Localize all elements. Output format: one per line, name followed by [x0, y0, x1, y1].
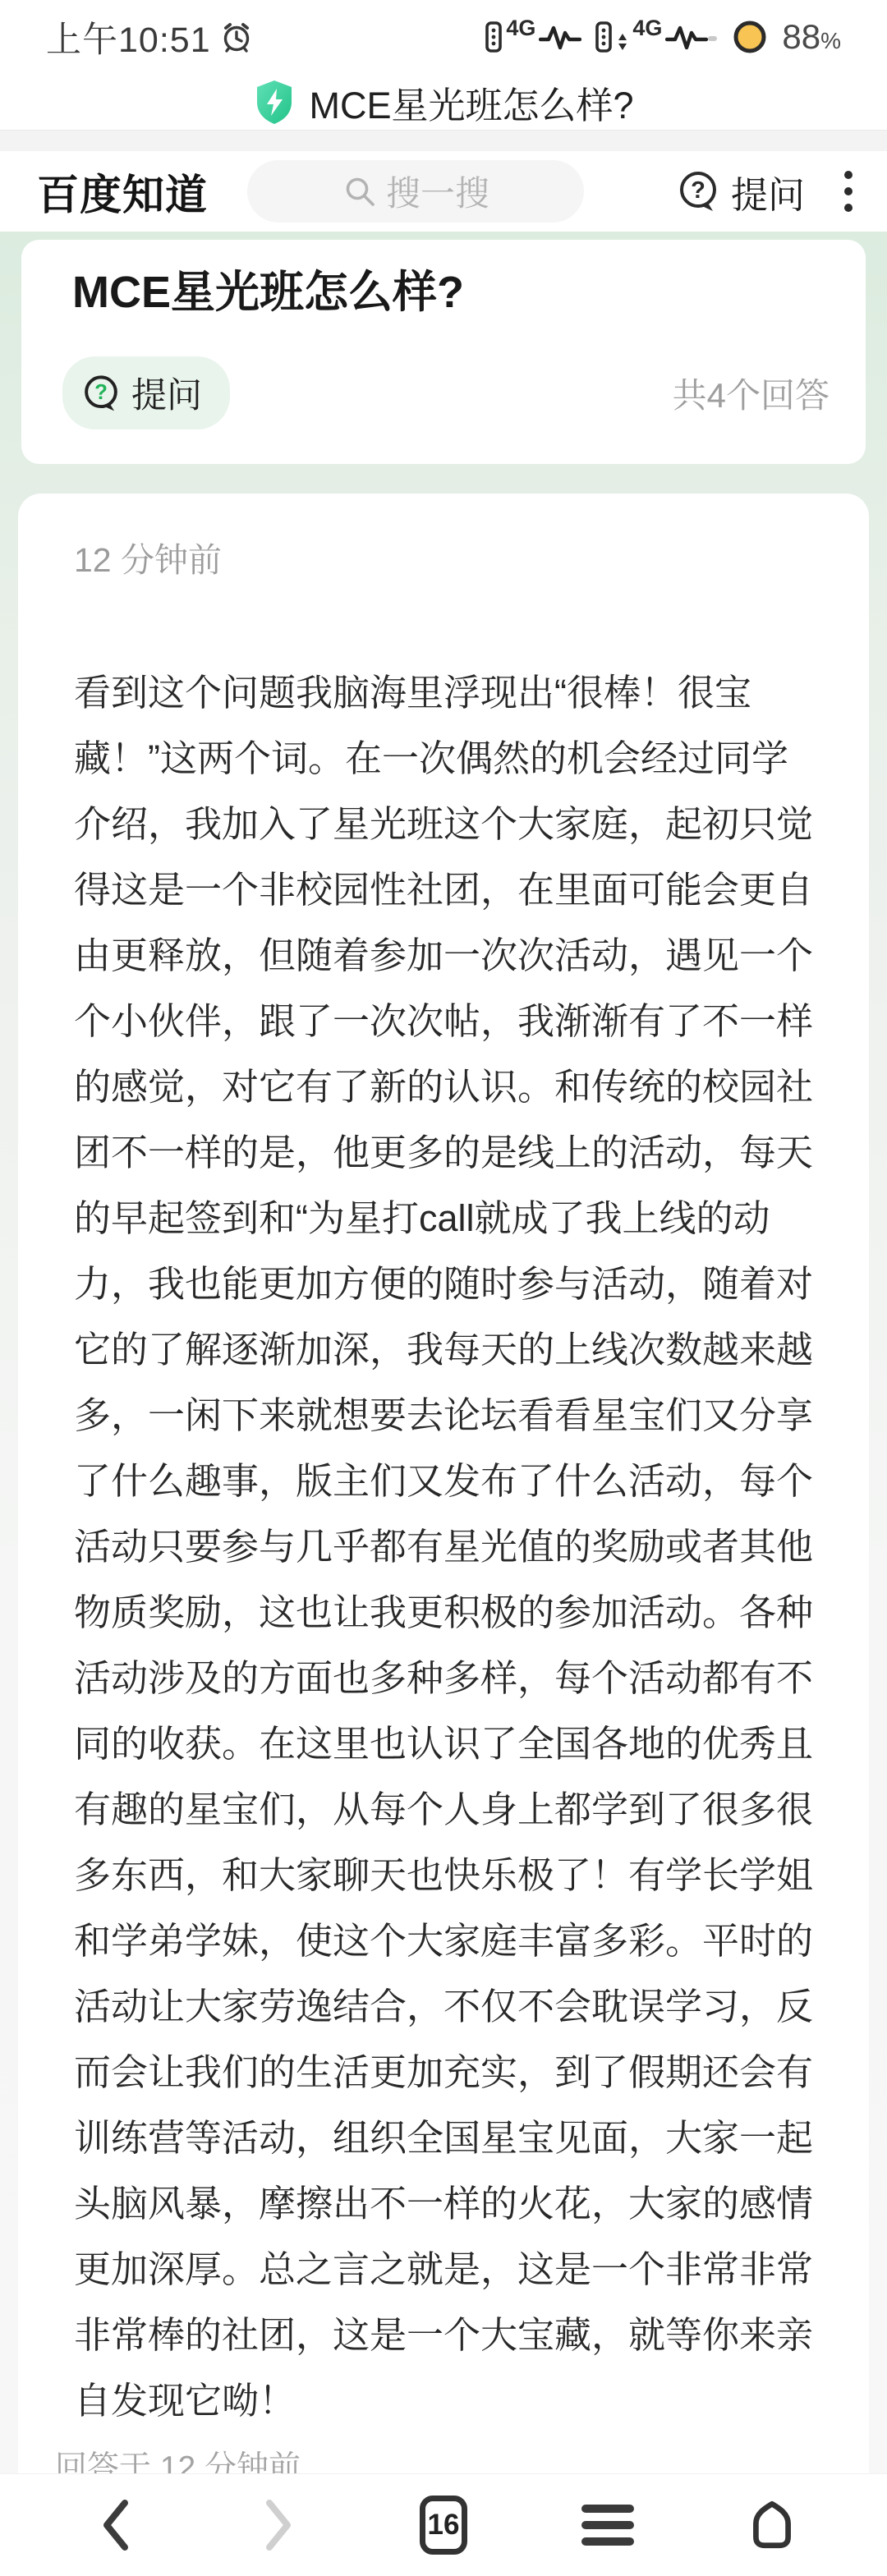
- site-favicon-shield-icon: [253, 79, 296, 125]
- status-time: 上午10:51: [46, 12, 211, 62]
- search-placeholder: 搜一搜: [386, 167, 489, 216]
- tabs-button[interactable]: 16: [394, 2484, 493, 2566]
- browser-title-bar: MCE星光班怎么样?: [0, 74, 887, 130]
- answer-posted-time: 12 分钟前: [74, 533, 813, 581]
- more-menu-button[interactable]: [838, 164, 859, 218]
- forward-button[interactable]: [230, 2484, 329, 2566]
- answer-count: 共4个回答: [673, 369, 830, 418]
- page-content: MCE星光班怎么样? ? 提问 共4个回答 12 分钟前 看到这个问题: [0, 232, 887, 2473]
- battery-percent: 88%: [782, 17, 841, 57]
- sim2-signal-icon: 4G: [595, 19, 718, 55]
- answer-body-text: 看到这个问题我脑海里浮现出“很棒！很宝 藏！”这两个词。在一次偶然的机会经过同学…: [74, 660, 813, 2434]
- question-meta-row: ? 提问 共4个回答: [62, 356, 830, 429]
- back-button[interactable]: [66, 2484, 164, 2566]
- ask-question-button[interactable]: ? 提问: [675, 165, 805, 218]
- answer-footer-time: 回答于 12 分钟前: [55, 2442, 813, 2473]
- tab-count-badge: 16: [420, 2496, 467, 2555]
- search-icon: [342, 173, 378, 209]
- search-input[interactable]: 搜一搜: [247, 160, 584, 223]
- question-title: MCE星光班怎么样?: [72, 268, 830, 317]
- svg-text:?: ?: [94, 381, 108, 404]
- baidu-zhidao-header: 百度知道 搜一搜 ? 提问: [0, 151, 887, 232]
- ask-pill-label: 提问: [131, 368, 202, 418]
- sim2-4g-label: 4G: [632, 16, 662, 41]
- ask-label: 提问: [731, 165, 805, 218]
- svg-text:?: ?: [691, 177, 705, 204]
- home-button[interactable]: [723, 2484, 821, 2566]
- page-tab-title: MCE星光班怎么样?: [309, 76, 633, 129]
- question-bubble-green-icon: ?: [80, 373, 122, 414]
- brand-title[interactable]: 百度知道: [37, 161, 208, 222]
- answer-card: 12 分钟前 看到这个问题我脑海里浮现出“很棒！很宝 藏！”这两个词。在一次偶然…: [18, 494, 869, 2473]
- ask-pill-button[interactable]: ? 提问: [62, 356, 230, 429]
- battery-circle-icon: [731, 18, 769, 56]
- question-bubble-icon: ?: [675, 168, 721, 214]
- phone-screen: 上午10:51 4G: [0, 0, 887, 2576]
- sim1-signal-icon: 4G: [485, 19, 581, 55]
- menu-button[interactable]: [558, 2484, 657, 2566]
- question-card: MCE星光班怎么样? ? 提问 共4个回答: [21, 240, 866, 464]
- sim1-4g-label: 4G: [506, 16, 535, 41]
- browser-chrome-divider: [0, 130, 887, 151]
- status-bar: 上午10:51 4G: [0, 0, 887, 74]
- alarm-clock-icon: [219, 20, 254, 54]
- browser-nav-bar: 16: [0, 2473, 887, 2576]
